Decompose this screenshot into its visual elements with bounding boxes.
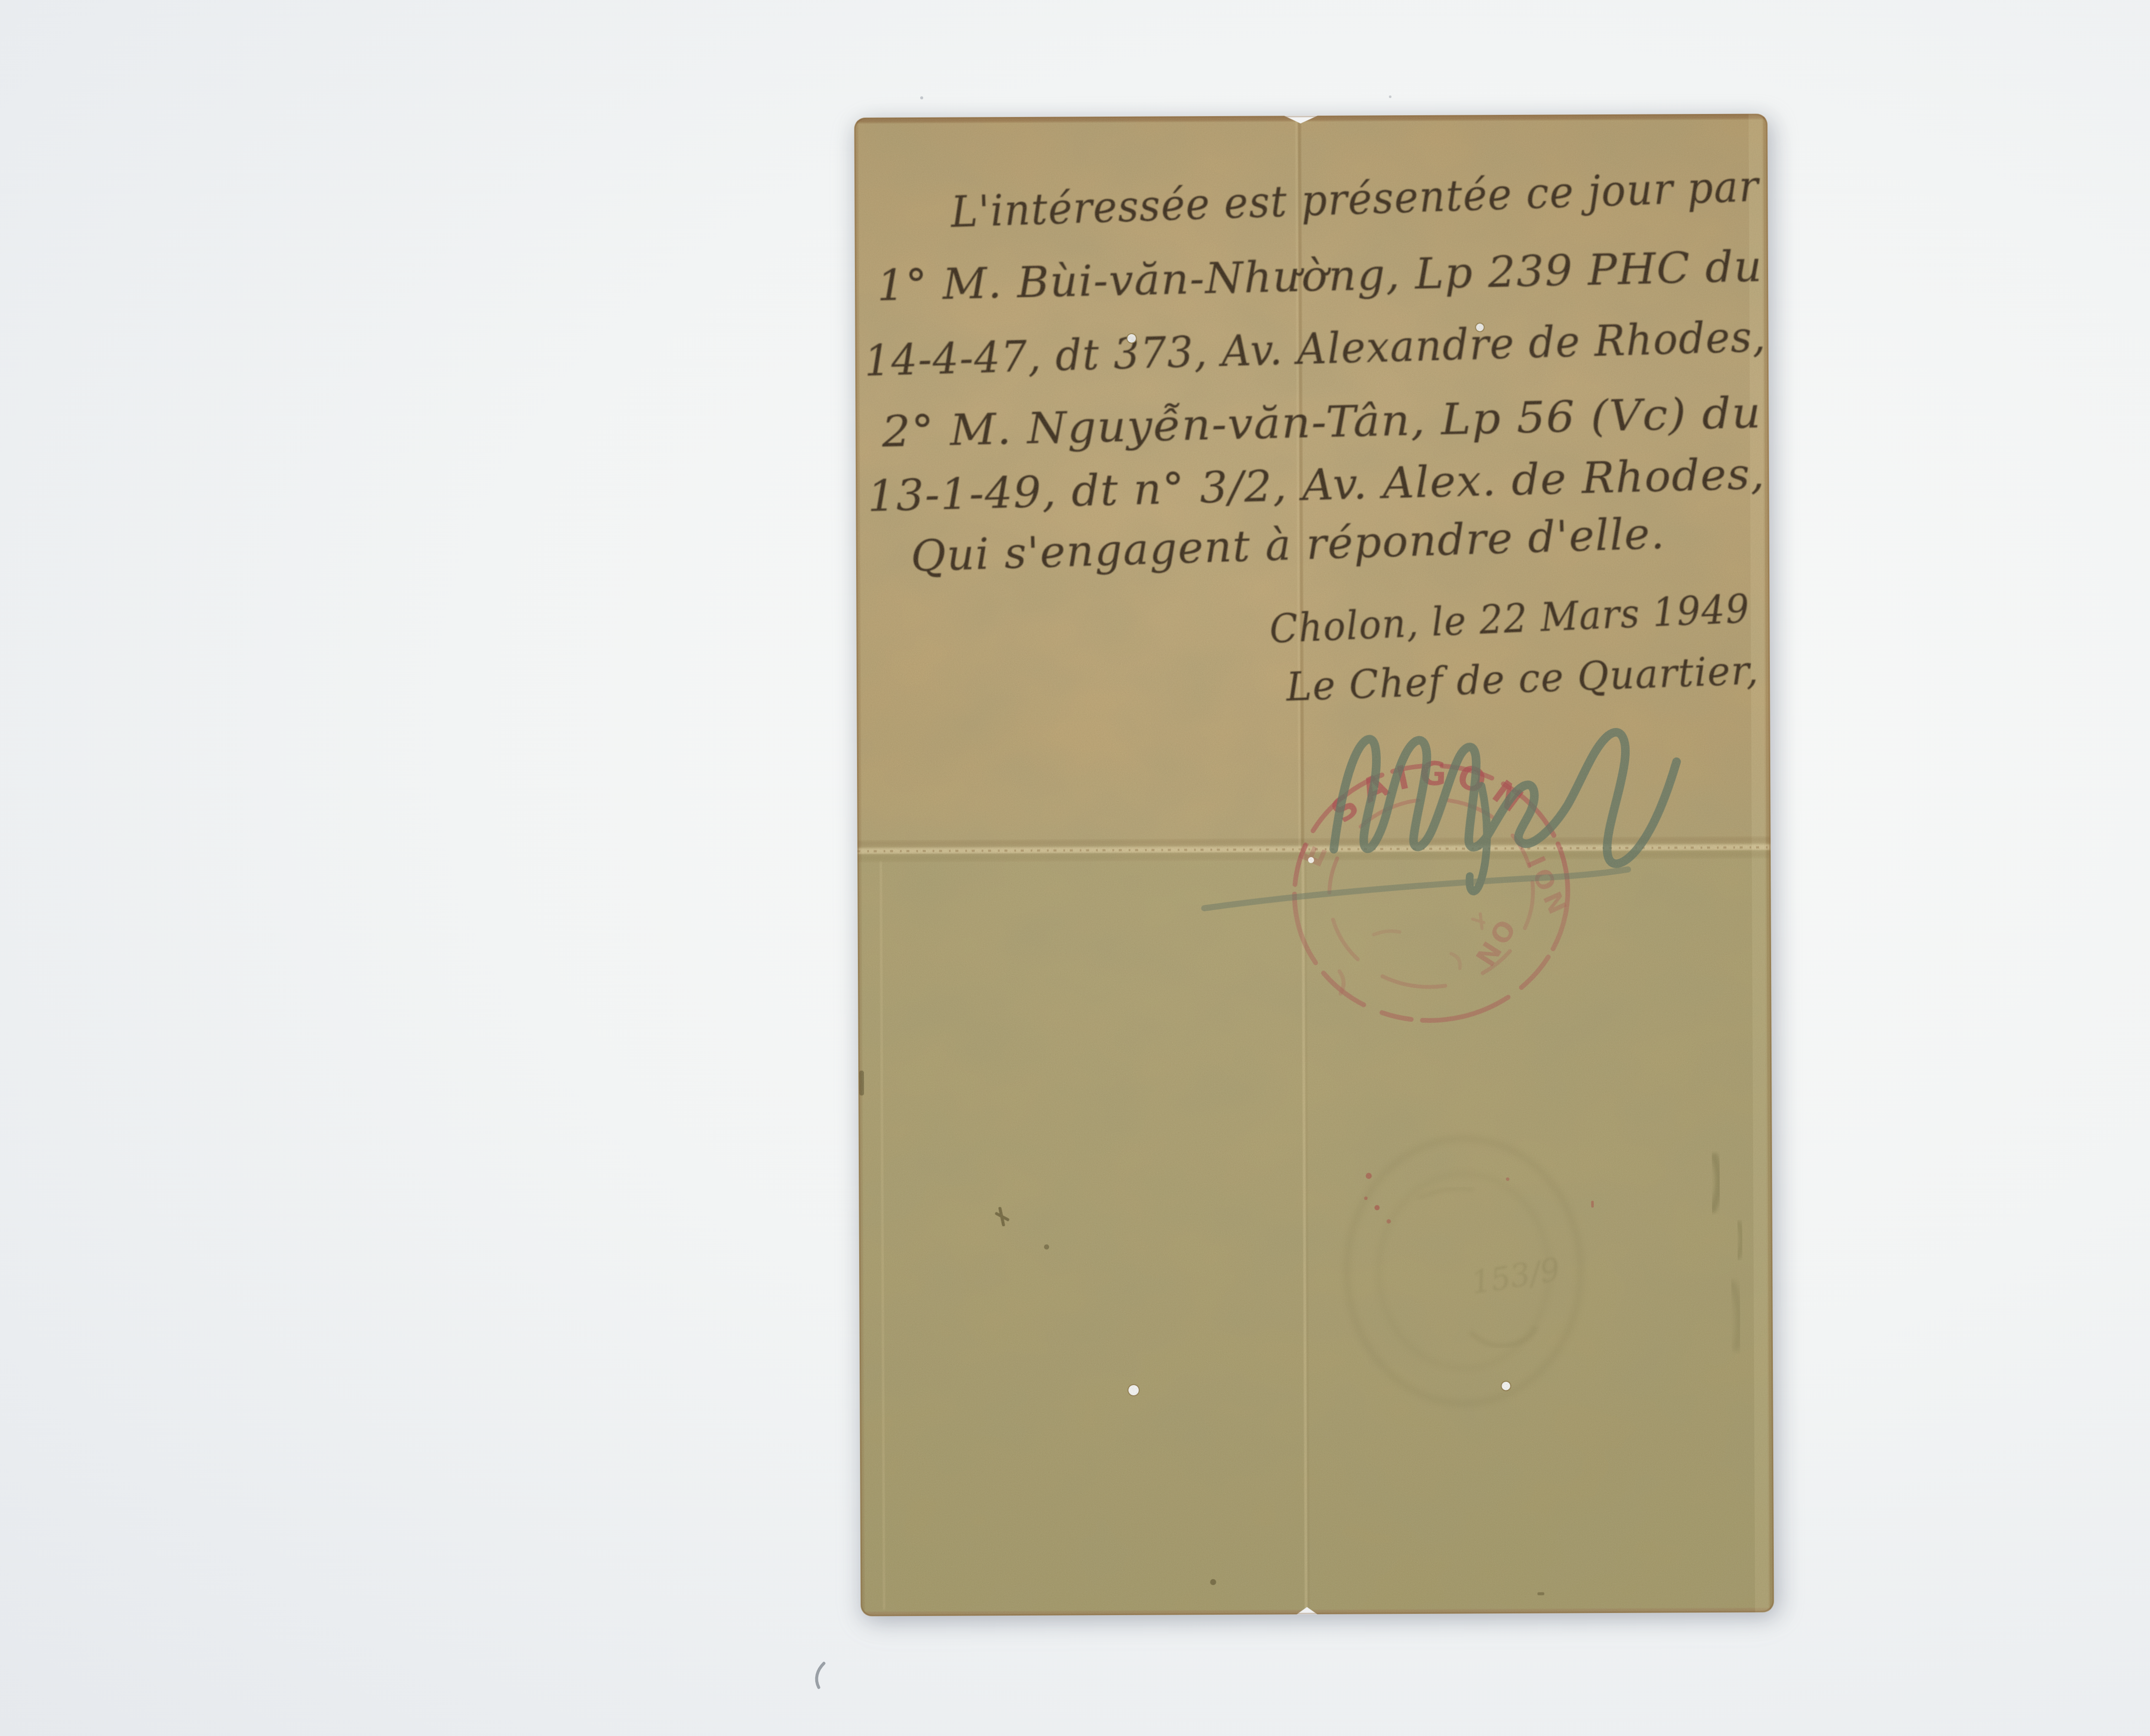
- dust-speck: [920, 96, 923, 99]
- document-paper: 153/9: [854, 114, 1774, 1616]
- photo-background: 153/9: [0, 0, 2150, 1736]
- paper-light-flecks: [854, 114, 1774, 1616]
- dust-curl-mark: [809, 1661, 829, 1691]
- dust-speck: [1389, 95, 1391, 98]
